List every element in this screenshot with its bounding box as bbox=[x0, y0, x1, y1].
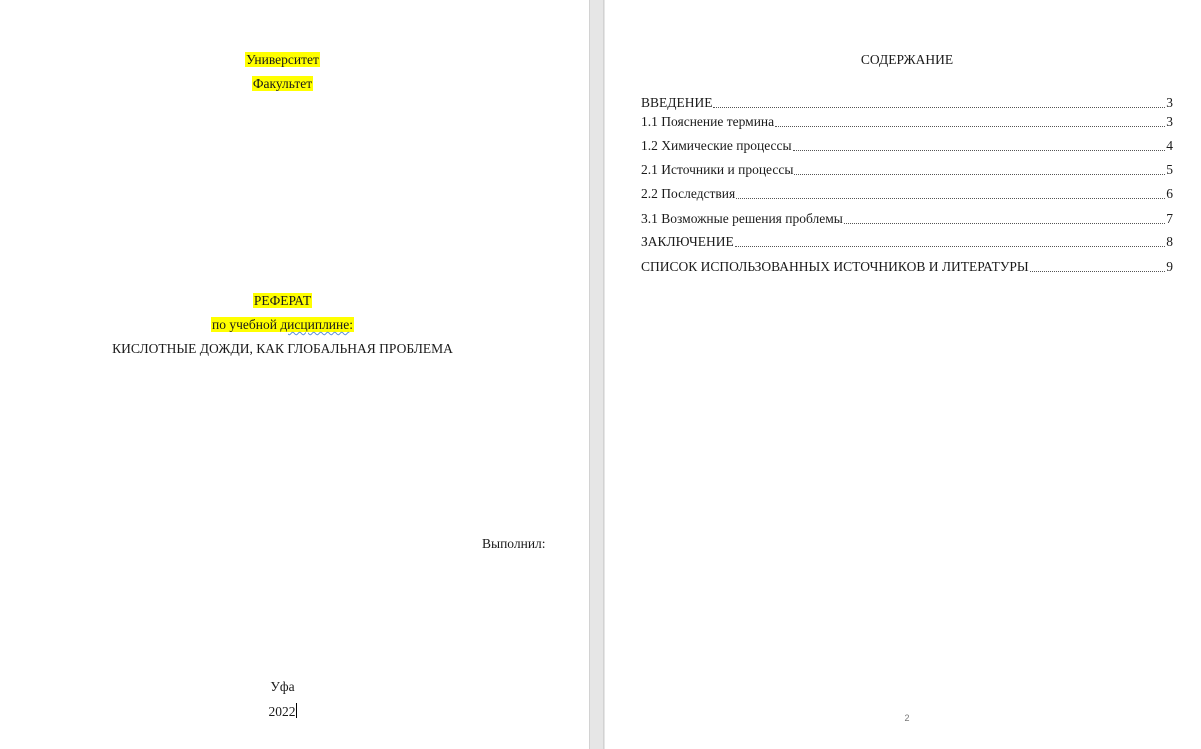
toc-dot-leader bbox=[793, 138, 1166, 151]
toc-dot-leader bbox=[736, 186, 1165, 199]
toc-entry[interactable]: СПИСОК ИСПОЛЬЗОВАННЫХ ИСТОЧНИКОВ И ЛИТЕР… bbox=[641, 258, 1173, 276]
toc-dot-leader bbox=[844, 211, 1165, 224]
topic-line: КИСЛОТНЫЕ ДОЖДИ, КАК ГЛОБАЛЬНАЯ ПРОБЛЕМА bbox=[0, 340, 565, 358]
faculty-line: Факультет bbox=[0, 75, 565, 93]
toc-title: СОДЕРЖАНИЕ bbox=[605, 51, 1201, 69]
toc-entry-page: 9 bbox=[1166, 258, 1173, 276]
toc-entry-label[interactable]: 2.2 Последствия bbox=[641, 185, 735, 203]
toc-entry-page: 5 bbox=[1166, 161, 1173, 179]
city: Уфа bbox=[270, 679, 294, 694]
toc-entry-page: 3 bbox=[1166, 94, 1173, 112]
toc-entry-label[interactable]: 2.1 Источники и процессы bbox=[641, 161, 793, 179]
discipline-suffix: : bbox=[349, 317, 353, 332]
toc-entry[interactable]: 3.1 Возможные решения проблемы7 bbox=[641, 210, 1173, 228]
document-viewport[interactable]: Университет Факультет РЕФЕРАТ по учебной… bbox=[0, 0, 1201, 749]
text-cursor bbox=[296, 703, 297, 718]
performed-by-label: Выполнил: bbox=[482, 535, 546, 553]
toc-page[interactable]: СОДЕРЖАНИЕ ВВЕДЕНИЕ31.1 Пояснение термин… bbox=[605, 0, 1201, 749]
toc-entry-page: 8 bbox=[1166, 233, 1173, 251]
toc-entry-page: 3 bbox=[1166, 113, 1173, 131]
toc-entry-label[interactable]: СПИСОК ИСПОЛЬЗОВАННЫХ ИСТОЧНИКОВ И ЛИТЕР… bbox=[641, 258, 1029, 276]
toc-entry-label[interactable]: ВВЕДЕНИЕ bbox=[641, 94, 712, 112]
toc-entry-label[interactable]: 1.1 Пояснение термина bbox=[641, 113, 774, 131]
toc-dot-leader bbox=[713, 95, 1165, 108]
page-gap-edge-right bbox=[603, 0, 604, 749]
discipline-line: по учебной дисциплине: bbox=[0, 316, 565, 334]
toc-entry-label[interactable]: 3.1 Возможные решения проблемы bbox=[641, 210, 843, 228]
toc-entry[interactable]: 1.1 Пояснение термина3 bbox=[641, 113, 1173, 131]
page-number: 2 bbox=[605, 713, 1201, 723]
title-page[interactable]: Университет Факультет РЕФЕРАТ по учебной… bbox=[0, 0, 589, 749]
year: 2022 bbox=[269, 704, 296, 719]
work-type-line: РЕФЕРАТ bbox=[0, 292, 565, 310]
toc-entry-label[interactable]: 1.2 Химические процессы bbox=[641, 137, 792, 155]
toc-entry[interactable]: 2.2 Последствия6 bbox=[641, 185, 1173, 203]
toc-dot-leader bbox=[1030, 259, 1166, 272]
toc-entry-page: 6 bbox=[1166, 185, 1173, 203]
spellcheck-word[interactable]: дисциплине bbox=[280, 317, 349, 332]
faculty-name: Факультет bbox=[252, 76, 313, 91]
discipline-label: по учебной дисциплине: bbox=[211, 317, 354, 332]
toc-dot-leader bbox=[775, 114, 1165, 127]
topic-title: КИСЛОТНЫЕ ДОЖДИ, КАК ГЛОБАЛЬНАЯ ПРОБЛЕМА bbox=[112, 341, 453, 356]
university-line: Университет bbox=[0, 51, 565, 69]
toc-entry-page: 7 bbox=[1166, 210, 1173, 228]
toc-entry-page: 4 bbox=[1166, 137, 1173, 155]
toc-entry[interactable]: 2.1 Источники и процессы5 bbox=[641, 161, 1173, 179]
toc-entry[interactable]: ЗАКЛЮЧЕНИЕ8 bbox=[641, 233, 1173, 251]
city-line: Уфа bbox=[0, 678, 565, 696]
toc-entry[interactable]: 1.2 Химические процессы4 bbox=[641, 137, 1173, 155]
work-type: РЕФЕРАТ bbox=[253, 293, 312, 308]
toc-entry[interactable]: ВВЕДЕНИЕ3 bbox=[641, 94, 1173, 112]
year-line: 2022 bbox=[0, 703, 565, 721]
toc-dot-leader bbox=[735, 234, 1165, 247]
toc-entry-label[interactable]: ЗАКЛЮЧЕНИЕ bbox=[641, 233, 734, 251]
university-name: Университет bbox=[245, 52, 320, 67]
toc-dot-leader bbox=[794, 162, 1165, 175]
discipline-prefix: по учебной bbox=[212, 317, 280, 332]
page-gap-edge-left bbox=[589, 0, 590, 749]
